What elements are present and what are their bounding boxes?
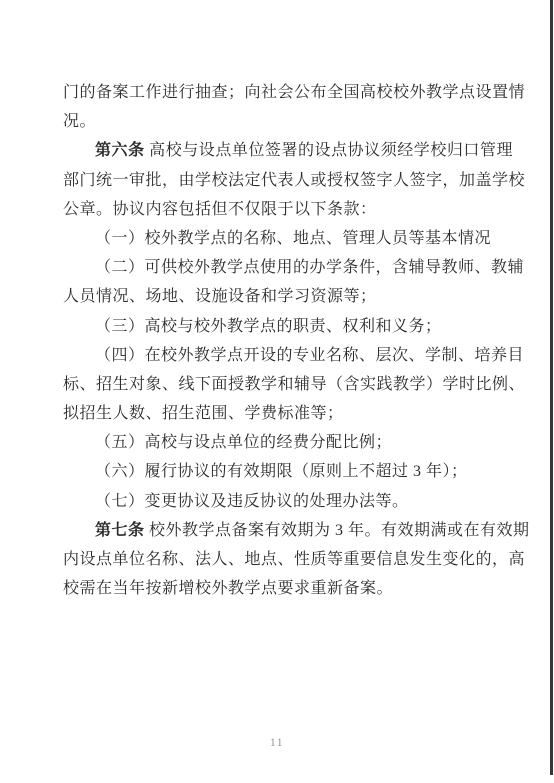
text-line-article-7: 第七条 校外教学点备案有效期为 3 年。有效期满或在有效期 xyxy=(63,516,513,545)
line-text: 高校与设点单位签署的设点协议须经学校归口管理 xyxy=(145,142,513,159)
text-line-item-3: （三）高校与校外教学点的职责、权利和义务； xyxy=(63,312,513,341)
line-text: （二）可供校外教学点使用的办学条件，含辅导教师、教辅 xyxy=(95,259,524,276)
line-text: 内设点单位名称、法人、地点、性质等重要信息发生变化的，高 xyxy=(63,551,525,568)
text-line: 门的备案工作进行抽查；向社会公布全国高校校外教学点设置情 xyxy=(63,78,513,107)
text-line: 拟招生人数、招生范围、学费标准等； xyxy=(63,399,513,428)
text-line-item-5: （五）高校与设点单位的经费分配比例； xyxy=(63,428,513,457)
line-text: 标、招生对象、线下面授教学和辅导（含实践教学）学时比例、 xyxy=(63,376,525,393)
text-line-item-6: （六）履行协议的有效期限（原则上不超过 3 年）； xyxy=(63,457,513,486)
text-line: 校需在当年按新增校外教学点要求重新备案。 xyxy=(63,574,513,603)
line-text: 校外教学点备案有效期为 3 年。有效期满或在有效期 xyxy=(145,522,530,539)
article-6-term: 第六条 xyxy=(95,142,145,159)
line-text: 部门统一审批，由学校法定代表人或授权签字人签字，加盖学校 xyxy=(63,172,525,189)
line-text: 人员情况、场地、设施设备和学习资源等； xyxy=(63,288,377,305)
line-text: 门的备案工作进行抽查；向社会公布全国高校校外教学点设置情 xyxy=(63,84,525,101)
line-text: （五）高校与设点单位的经费分配比例； xyxy=(95,434,392,451)
text-line-item-7: （七）变更协议及违反协议的处理办法等。 xyxy=(63,487,513,516)
line-text: （七）变更协议及违反协议的处理办法等。 xyxy=(95,493,409,510)
line-text: （六）履行协议的有效期限（原则上不超过 3 年）； xyxy=(95,463,468,480)
document-body: 门的备案工作进行抽查；向社会公布全国高校校外教学点设置情 况。 第六条 高校与设… xyxy=(63,78,513,603)
text-line: 部门统一审批，由学校法定代表人或授权签字人签字，加盖学校 xyxy=(63,166,513,195)
document-page: 门的备案工作进行抽查；向社会公布全国高校校外教学点设置情 况。 第六条 高校与设… xyxy=(0,0,554,783)
text-line-article-6: 第六条 高校与设点单位签署的设点协议须经学校归口管理 xyxy=(63,136,513,165)
scan-edge-line xyxy=(550,0,553,775)
line-text: 拟招生人数、招生范围、学费标准等； xyxy=(63,405,344,422)
line-text: 校需在当年按新增校外教学点要求重新备案。 xyxy=(63,580,393,597)
text-line: 人员情况、场地、设施设备和学习资源等； xyxy=(63,282,513,311)
line-text: 公章。协议内容包括但不仅限于以下条款： xyxy=(63,201,377,218)
line-text: （三）高校与校外教学点的职责、权利和义务； xyxy=(95,318,442,335)
text-line-item-2: （二）可供校外教学点使用的办学条件，含辅导教师、教辅 xyxy=(63,253,513,282)
text-line: 况。 xyxy=(63,107,513,136)
page-number: 11 xyxy=(0,737,554,749)
text-line: 标、招生对象、线下面授教学和辅导（含实践教学）学时比例、 xyxy=(63,370,513,399)
line-text: （四）在校外教学点开设的专业名称、层次、学制、培养目 xyxy=(95,347,524,364)
line-text: （一）校外教学点的名称、地点、管理人员等基本情况 xyxy=(95,230,491,247)
line-text: 况。 xyxy=(63,113,96,130)
text-line: 公章。协议内容包括但不仅限于以下条款： xyxy=(63,195,513,224)
text-line-item-1: （一）校外教学点的名称、地点、管理人员等基本情况 xyxy=(63,224,513,253)
article-7-term: 第七条 xyxy=(95,522,145,539)
text-line: 内设点单位名称、法人、地点、性质等重要信息发生变化的，高 xyxy=(63,545,513,574)
text-line-item-4: （四）在校外教学点开设的专业名称、层次、学制、培养目 xyxy=(63,341,513,370)
